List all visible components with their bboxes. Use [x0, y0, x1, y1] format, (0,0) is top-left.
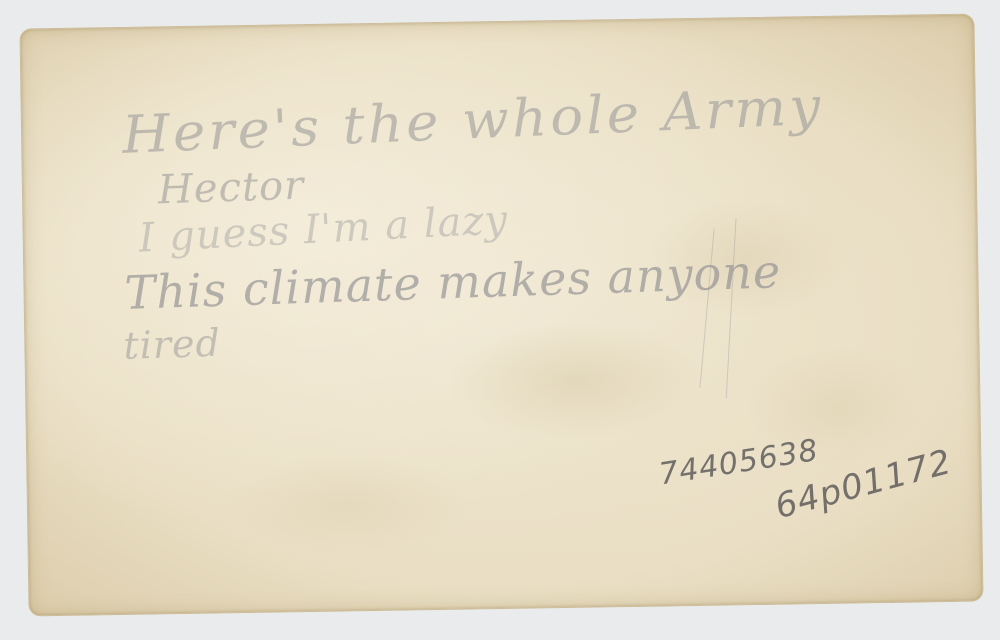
- paper-stain: [445, 319, 707, 443]
- handwritten-line-2: Hector: [157, 163, 305, 214]
- handwritten-line-1: Here's the whole Army: [121, 77, 825, 166]
- handwritten-line-5: tired: [123, 321, 222, 368]
- scanner-background: Here's the whole Army Hector I guess I'm…: [0, 0, 1000, 640]
- paper-stain: [227, 453, 469, 557]
- postcard-back: Here's the whole Army Hector I guess I'm…: [19, 14, 983, 617]
